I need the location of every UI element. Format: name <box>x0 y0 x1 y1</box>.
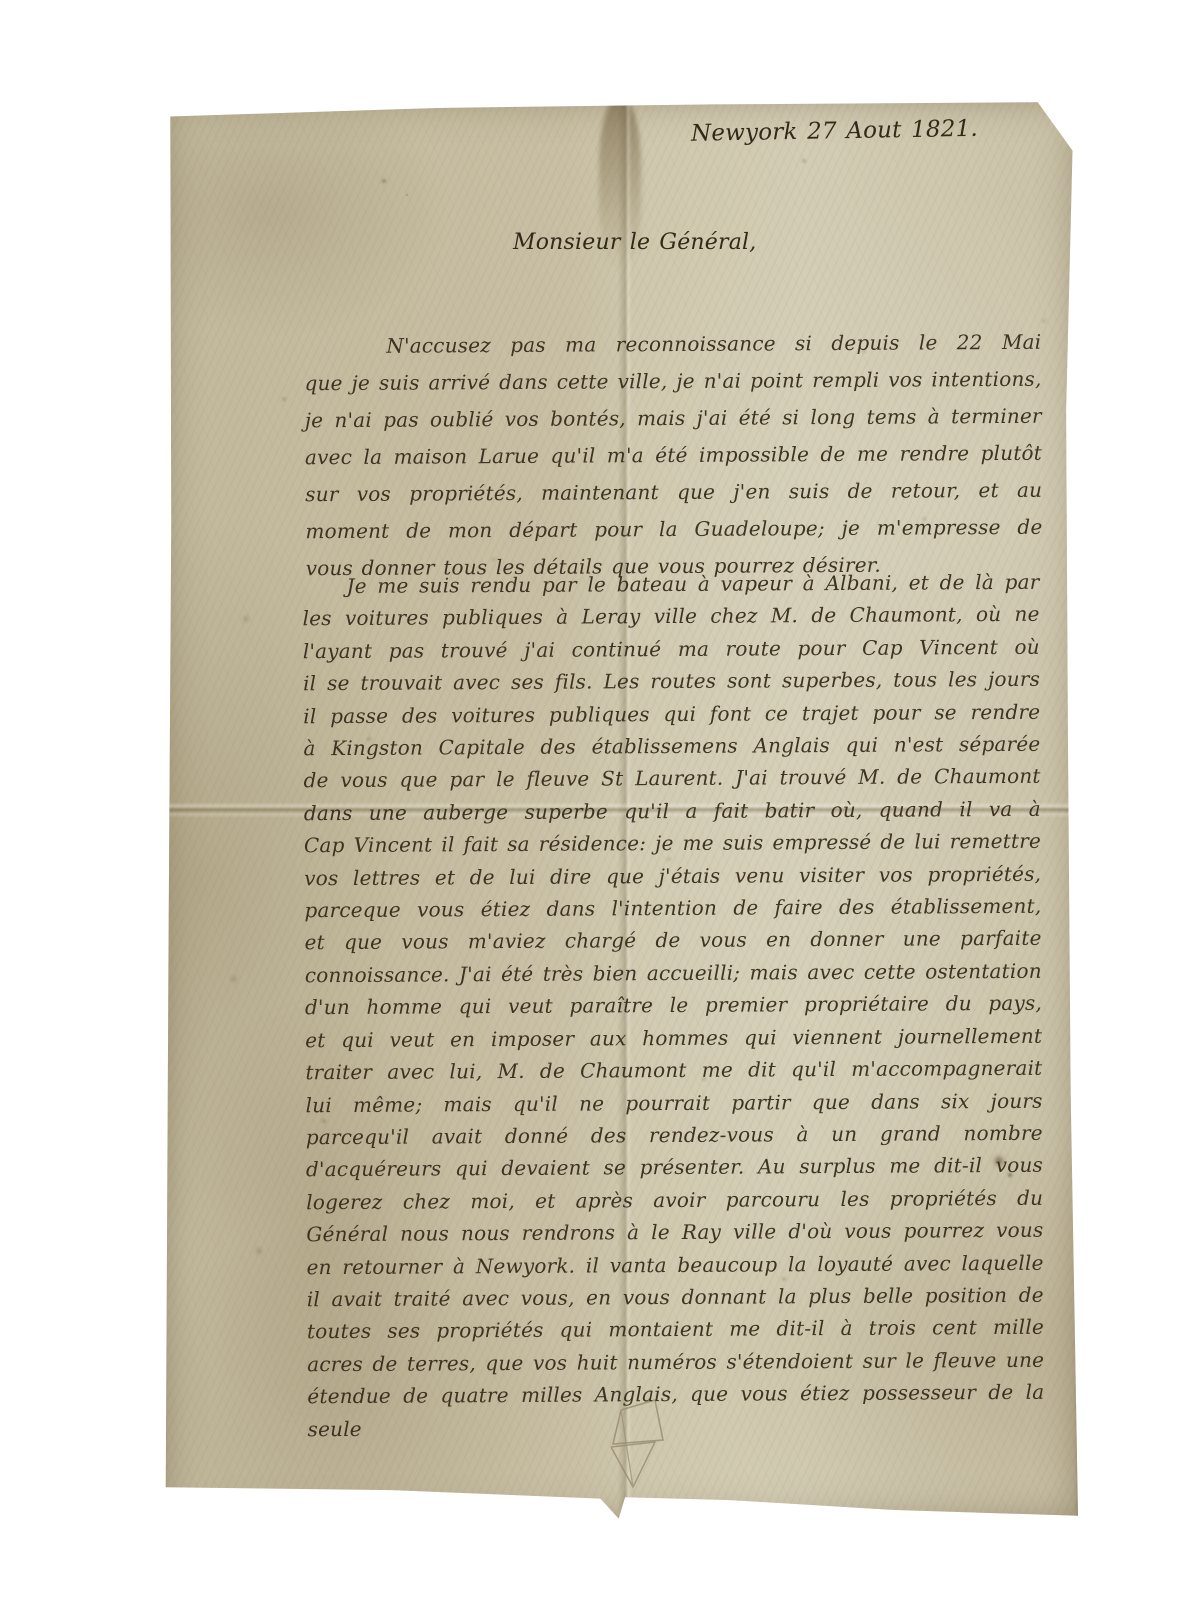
letter-line: que je suis arrivé dans cette ville, je … <box>304 361 1041 403</box>
letter-line: moment de mon départ pour la Guadeloupe;… <box>305 509 1042 551</box>
paragraph-1: N'accusez pas ma reconnoissance si depui… <box>304 324 1043 587</box>
letter-line: vos lettres et de lui dire que j'étais v… <box>304 857 1041 894</box>
letter-line: d'acquéreurs qui devaient se présenter. … <box>306 1149 1043 1186</box>
letter-line: Je me suis rendu par le bateau à vapeur … <box>302 566 1039 603</box>
letter-line: traiter avec lui, M. de Chaumont me dit … <box>305 1052 1042 1089</box>
letter-line: à Kingston Capitale des établissemens An… <box>303 728 1040 765</box>
letter-line: parceque vous étiez dans l'intention de … <box>304 890 1041 927</box>
letter-line: acres de terres, que vos huit numéros s'… <box>307 1343 1044 1380</box>
letter-line: Général nous nous rendrons à le Ray vill… <box>306 1214 1043 1251</box>
paragraph-2: Je me suis rendu par le bateau à vapeur … <box>302 566 1044 1445</box>
salutation: Monsieur le Général, <box>513 230 756 255</box>
letter-scan: Newyork 27 Aout 1821. Monsieur le Généra… <box>0 0 1200 1600</box>
letter-line: étendue de quatre milles Anglais, que vo… <box>307 1376 1044 1445</box>
letter-line: il passe des voitures publiques qui font… <box>303 695 1040 732</box>
letter-line: sur vos propriétés, maintenant que j'en … <box>305 472 1042 514</box>
letter-line: lui même; mais qu'il ne pourrait partir … <box>306 1084 1043 1121</box>
letter-line: et qui veut en imposer aux hommes qui vi… <box>305 1019 1042 1056</box>
letter-line: je n'ai pas oublié vos bontés, mais j'ai… <box>305 398 1042 440</box>
letter-line: les voitures publiques à Leray ville che… <box>303 598 1040 635</box>
letter-line: dans une auberge superbe qu'il a fait ba… <box>304 793 1041 830</box>
letter-line: il se trouvait avec ses fils. Les routes… <box>303 663 1040 700</box>
letter-line: il avait traité avec vous, en vous donna… <box>307 1279 1044 1316</box>
letter-page: Newyork 27 Aout 1821. Monsieur le Généra… <box>163 98 1078 1520</box>
letter-line: connoissance. J'ai été très bien accueil… <box>305 955 1042 992</box>
letter-line: toutes ses propriétés qui montaient me d… <box>307 1311 1044 1348</box>
letter-line: de vous que par le fleuve St Laurent. J'… <box>304 760 1041 797</box>
letter-line: N'accusez pas ma reconnoissance si depui… <box>304 324 1041 366</box>
letter-line: l'ayant pas trouvé j'ai continué ma rout… <box>303 631 1040 668</box>
letter-line: logerez chez moi, et après avoir parcour… <box>306 1181 1043 1218</box>
letter-line: d'un homme qui veut paraître le premier … <box>305 987 1042 1024</box>
foxing-spots <box>163 98 165 100</box>
letter-line: Cap Vincent il fait sa résidence: je me … <box>304 825 1041 862</box>
dateline: Newyork 27 Aout 1821. <box>691 115 1011 147</box>
letter-line: parcequ'il avait donné des rendez-vous à… <box>306 1117 1043 1154</box>
letter-line: et que vous m'aviez chargé de vous en do… <box>305 922 1042 959</box>
letter-line: en retourner à Newyork. il vanta beaucou… <box>306 1246 1043 1283</box>
letter-line: avec la maison Larue qu'il m'a été impos… <box>305 435 1042 477</box>
